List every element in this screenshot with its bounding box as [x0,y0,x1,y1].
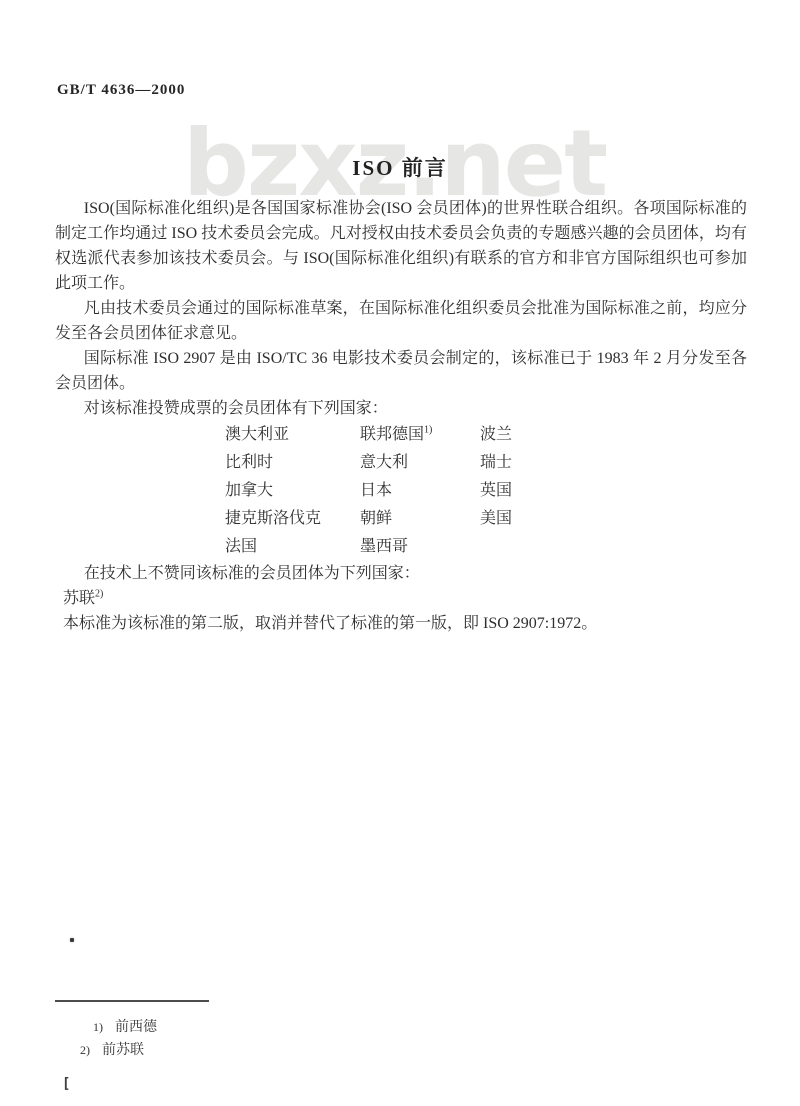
member-country: 联邦德国1) [360,423,480,447]
scanned-document-page: GB/T 4636—2000 bzxz.net ISO 前言 ISO(国际标准化… [0,0,800,1106]
member-country: 美国 [480,507,747,531]
footnote-ussr: 2)前苏联 [80,1039,209,1062]
voting-members-row: 法国 墨西哥 [225,533,747,561]
scan-speck [70,938,74,942]
dissent-member-line: 苏联2) [55,586,747,611]
member-country [480,535,747,559]
page-corner-mark: [ [62,1076,70,1092]
footnote-ref-1: 1) [424,425,432,436]
member-country: 意大利 [360,451,480,475]
footnote-west-germany: 1)前西德 [93,1016,209,1039]
dissent-member: 苏联 [63,590,95,607]
paragraph-draft-procedure: 凡由技术委员会通过的国际标准草案，在国际标准化组织委员会批准为国际标准之前，均应… [55,296,747,346]
paragraph-vote-heading: 对该标准投赞成票的会员团体有下列国家： [55,396,747,421]
member-country: 波兰 [480,423,747,447]
member-country: 英国 [480,479,747,503]
foreword-body: ISO(国际标准化组织)是各国国家标准协会(ISO 会员团体)的世界性联合组织。… [55,196,747,636]
member-country: 朝鲜 [360,507,480,531]
standard-number: GB/T 4636—2000 [57,82,185,99]
footnote-text: 前西德 [115,1020,157,1035]
voting-members-row: 澳大利亚 联邦德国1) 波兰 [225,421,747,449]
member-country: 捷克斯洛伐克 [225,507,360,531]
member-country: 澳大利亚 [225,423,360,447]
voting-members-row: 比利时 意大利 瑞士 [225,449,747,477]
member-country: 比利时 [225,451,360,475]
footnote-divider [55,1000,209,1002]
page-title: ISO 前言 [0,152,800,182]
footnote-text: 前苏联 [102,1043,144,1058]
voting-members-row: 加拿大 日本 英国 [225,477,747,505]
footnote-marker: 2) [80,1039,102,1062]
edition-note: 本标准为该标准的第二版，取消并替代了标准的第一版，即 ISO 2907:1972… [55,611,747,636]
member-country: 加拿大 [225,479,360,503]
voting-members-list: 澳大利亚 联邦德国1) 波兰 比利时 意大利 瑞士 加拿大 日本 英国 捷克斯洛… [55,421,747,561]
member-country: 墨西哥 [360,535,480,559]
paragraph-dissent-heading: 在技术上不赞同该标准的会员团体为下列国家： [55,561,747,586]
footnotes: 1)前西德 2)前苏联 [55,1000,209,1062]
paragraph-iso2907-origin: 国际标准 ISO 2907 是由 ISO/TC 36 电影技术委员会制定的，该标… [55,346,747,396]
paragraph-iso-intro: ISO(国际标准化组织)是各国国家标准协会(ISO 会员团体)的世界性联合组织。… [55,196,747,296]
member-country: 法国 [225,535,360,559]
member-country: 日本 [360,479,480,503]
footnote-marker: 1) [93,1016,115,1039]
voting-members-row: 捷克斯洛伐克 朝鲜 美国 [225,505,747,533]
member-country: 瑞士 [480,451,747,475]
footnote-ref-2: 2) [95,589,103,600]
